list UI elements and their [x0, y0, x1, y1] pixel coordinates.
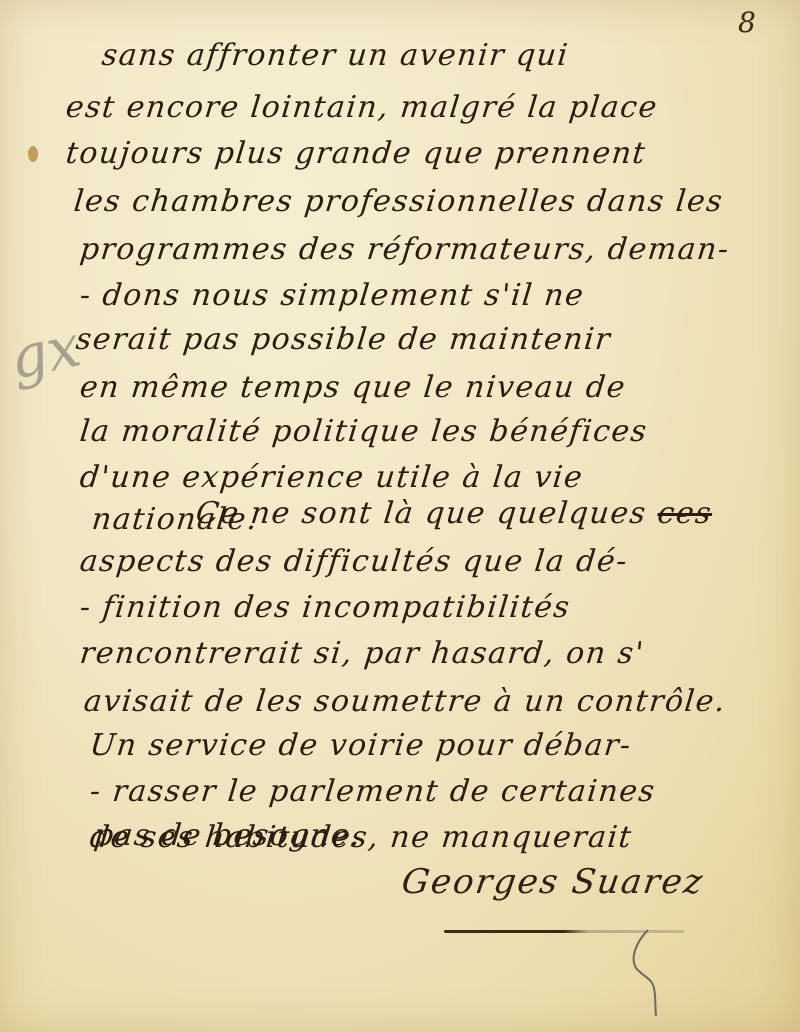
- text-line-9: la moralité politique les bénéfices: [78, 414, 649, 449]
- text-line-5: programmes des réformateurs, deman-: [78, 232, 731, 267]
- text-line-4: les chambres professionnelles dans les: [72, 184, 725, 219]
- text-line-15: rencontrerait si, par hasard, on s': [78, 636, 646, 671]
- signature: Georges Suarez: [399, 862, 707, 902]
- text-line-10: d'une expérience utile à la vie: [78, 460, 585, 495]
- text-line-12: Ce ne sont là que quelques ces: [194, 496, 714, 531]
- text-line-16: avisait de les soumettre à un contrôle.: [82, 684, 728, 719]
- text-line-17: Un service de voirie pour débar-: [88, 728, 633, 763]
- text-line-7: serait pas possible de maintenir: [74, 322, 613, 357]
- paragraph-start: Ce ne sont là que quelques: [194, 496, 648, 531]
- pencil-mark-icon: [628, 928, 668, 1018]
- text-line-8: en même temps que le niveau de: [78, 370, 628, 405]
- text-line-18: - rasser le parlement de certaines: [88, 774, 657, 809]
- text-line-6: - dons nous simplement s'il ne: [78, 278, 586, 313]
- struck-word: ces: [656, 496, 714, 531]
- text-line-13: aspects des difficultés que la dé-: [78, 544, 630, 579]
- text-line-2: est encore lointain, malgré la place: [64, 90, 660, 125]
- page-number: 8: [738, 6, 756, 39]
- text-line-20-visible: pas de besogne.: [92, 818, 363, 853]
- letter-page: 8 gx sans affronter un avenir qui est en…: [0, 0, 800, 1032]
- ink-stain: [28, 146, 38, 162]
- text-line-14: - finition des incompatibilités: [78, 590, 572, 625]
- text-line-1: sans affronter un avenir qui: [100, 38, 570, 73]
- text-line-3: toujours plus grande que prennent: [64, 136, 648, 171]
